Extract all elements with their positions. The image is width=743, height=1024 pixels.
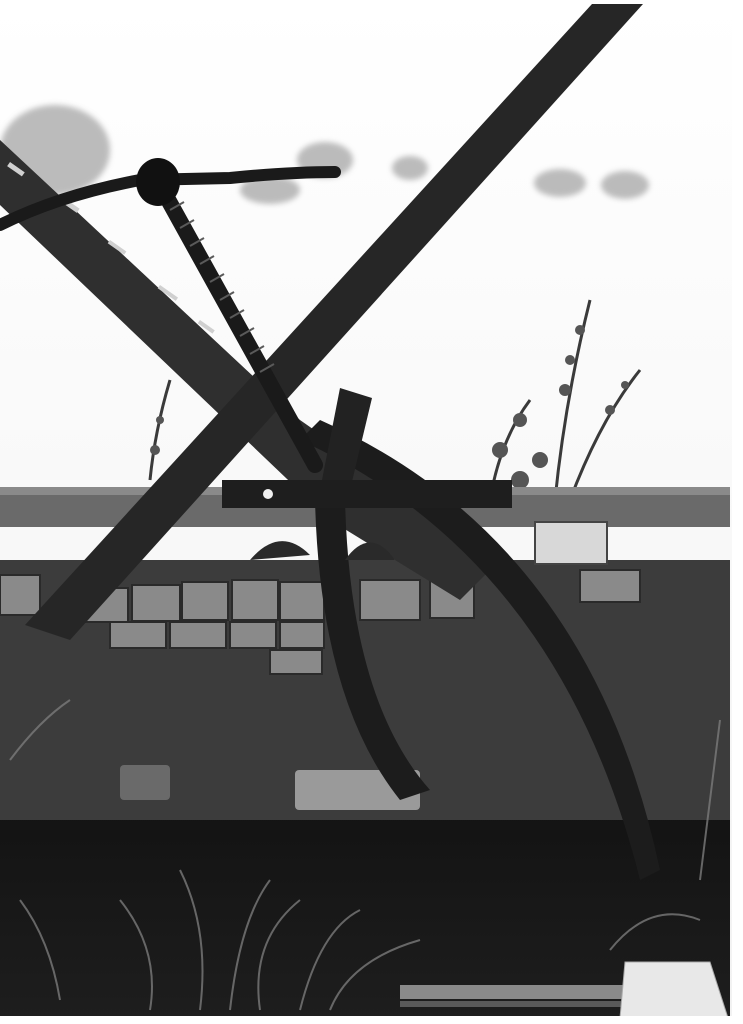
metal-rail xyxy=(400,985,630,999)
photograph xyxy=(0,0,743,1024)
white-stone-block xyxy=(620,962,728,1018)
stone-block-on-wall xyxy=(535,522,607,564)
bolt-hole xyxy=(263,489,273,499)
handle-hub xyxy=(136,158,180,206)
